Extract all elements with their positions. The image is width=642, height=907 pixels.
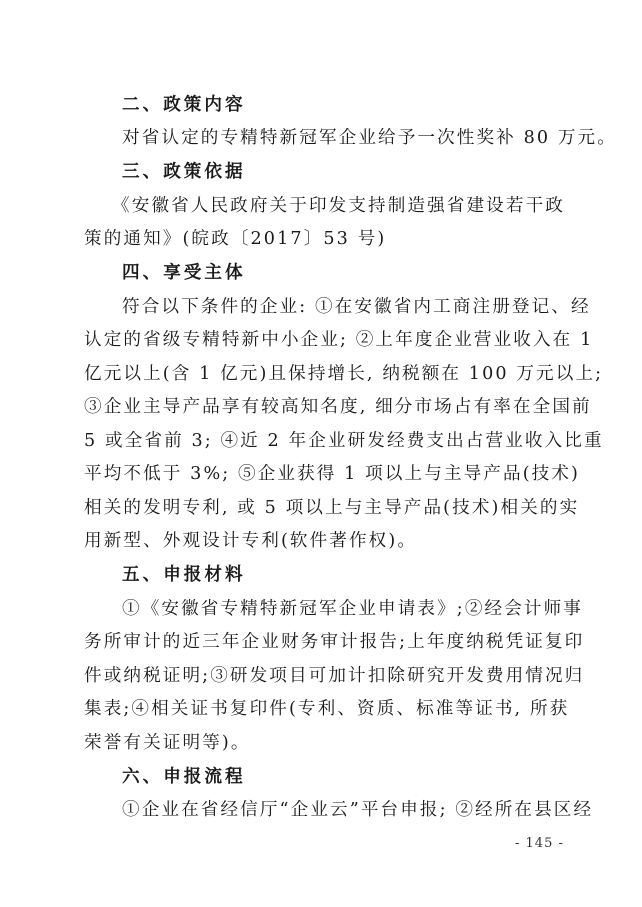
paragraph-line: 荣誉有关证明等)。 — [84, 732, 564, 754]
section-heading-application-materials: 五、申报材料 — [122, 564, 602, 586]
document-page: 二、政策内容 对省认定的专精特新冠军企业给予一次性奖补 80 万元。 三、政策依… — [0, 0, 642, 907]
page-number: - 145 - — [515, 836, 564, 851]
paragraph-line: 符合以下条件的企业: ①在安徽省内工商注册登记、经 — [122, 296, 602, 318]
paragraph-line: 用新型、外观设计专利(软件著作权)。 — [84, 530, 564, 552]
paragraph-line: 平均不低于 3%; ⑤企业获得 1 项以上与主导产品(技术) — [84, 463, 564, 485]
paragraph-line: 认定的省级专精特新中小企业; ②上年度企业营业收入在 1 — [84, 329, 564, 351]
section-heading-policy-basis: 三、政策依据 — [122, 161, 602, 183]
paragraph-line: 件或纳税证明;③研发项目可加计扣除研究开发费用情况归 — [84, 665, 564, 687]
section-heading-application-process: 六、申报流程 — [122, 766, 602, 788]
section-heading-policy-content: 二、政策内容 — [122, 94, 602, 116]
paragraph-line: 策的通知》(皖政〔2017〕53 号) — [84, 228, 564, 250]
paragraph-line: ③企业主导产品享有较高知名度, 细分市场占有率在全国前 — [84, 396, 564, 418]
paragraph-line: 相关的发明专利, 或 5 项以上与主导产品(技术)相关的实 — [84, 497, 564, 519]
paragraph-line: 对省认定的专精特新冠军企业给予一次性奖补 80 万元。 — [122, 127, 602, 149]
paragraph-line: 《安徽省人民政府关于印发支持制造强省建设若干政 — [112, 195, 592, 217]
paragraph-line: 集表;④相关证书复印件(专利、资质、标准等证书, 所获 — [84, 698, 564, 720]
section-heading-eligible-subjects: 四、享受主体 — [122, 262, 602, 284]
paragraph-line: ①《安徽省专精特新冠军企业申请表》;②经会计师事 — [122, 598, 602, 620]
paragraph-line: 亿元以上(含 1 亿元)且保持增长, 纳税额在 100 万元以上; — [84, 363, 564, 385]
paragraph-line: 5 或全省前 3; ④近 2 年企业研发经费支出占营业收入比重 — [84, 430, 564, 452]
paragraph-line: 务所审计的近三年企业财务审计报告;上年度纳税凭证复印 — [84, 631, 564, 653]
paragraph-line: ①企业在省经信厅“企业云”平台申报; ②经所在县区经 — [122, 799, 602, 821]
